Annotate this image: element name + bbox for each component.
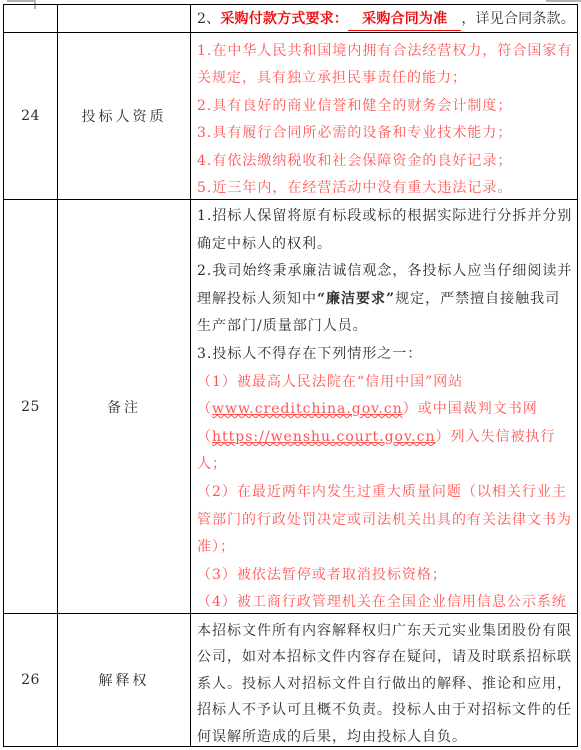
payment-requirement-value: 采购合同为准: [348, 9, 461, 31]
qualification-item: 4.有依法缴纳税收和社会保障资金的良好记录；: [197, 148, 573, 176]
payment-prefix: 2、: [197, 11, 220, 27]
payment-suffix: ，详见合同条款。: [461, 11, 575, 27]
prohibited-situation-item: （3）被依法暂停或者取消投标资格；: [197, 562, 573, 590]
cropped-cell-artifact-top-right-h: [546, 0, 581, 2]
row-24-label: 投标人资质: [58, 33, 191, 200]
row-26-number: 26: [4, 614, 58, 747]
remark-paragraph: 1.招标人保留将原有标段或标的根据实际进行分拆并分别确定中标人的权利。: [197, 203, 573, 258]
cropped-cell-artifact-top-left-h: [7, 0, 36, 2]
remark-paragraph: 2.我司始终秉承廉洁诚信观念，各投标人应当仔细阅读并理解投标人须知中“廉洁要求”…: [197, 258, 573, 341]
bidder-qualification-row: 24 投标人资质 1.在中华人民共和国境内拥有合法经营权力，符合国家有关规定，具…: [4, 33, 578, 200]
row-26-label: 解释权: [58, 614, 191, 747]
wenshu-court-url[interactable]: https://wenshu.court.gov.cn: [212, 429, 436, 445]
remarks-content: 1.招标人保留将原有标段或标的根据实际进行分拆并分别确定中标人的权利。 2.我司…: [191, 202, 577, 611]
interpretation-row: 26 解释权 本招标文件所有内容解释权归广东天元实业集团股份有限公司，如对本招标…: [4, 614, 578, 747]
payment-terms-row: 2、采购付款方式要求：采购合同为准，详见合同条款。: [4, 5, 578, 33]
payment-requirement-label: 采购付款方式要求：: [220, 11, 348, 27]
payment-line: 2、采购付款方式要求：采购合同为准，详见合同条款。: [191, 6, 577, 31]
row-24-number: 24: [4, 33, 58, 200]
row-25-number: 25: [4, 200, 58, 614]
interpretation-paragraph: 本招标文件所有内容解释权归广东天元实业集团股份有限公司，如对本招标文件内容存在疑…: [197, 618, 573, 745]
qualification-item: 5.近三年内，在经营活动中没有重大违法记录。: [197, 175, 573, 199]
payment-row-content-cell: 2、采购付款方式要求：采购合同为准，详见合同条款。: [191, 5, 578, 33]
prohibited-situation-item: （1）被最高人民法院在“信用中国”网站（www.creditchina.gov.…: [197, 369, 573, 479]
document-page: 2、采购付款方式要求：采购合同为准，详见合同条款。 24 投标人资质 1.在中华…: [0, 0, 581, 750]
wenshu-court-url-underline: https://wenshu.court.gov.cn: [212, 429, 436, 445]
remark-paragraph: 3.投标人不得存在下列情形之一：: [197, 341, 573, 369]
row-25-content-cell: 1.招标人保留将原有标段或标的根据实际进行分拆并分别确定中标人的权利。 2.我司…: [191, 200, 578, 614]
payment-row-number-cell: [4, 5, 58, 33]
row-25-label: 备注: [58, 200, 191, 614]
qualification-item: 1.在中华人民共和国境内拥有合法经营权力，符合国家有关规定，具有独立承担民事责任…: [197, 38, 573, 93]
prohibited-situation-item: （2）在最近两年内发生过重大质量问题（以相关行业主管部门的行政处罚决定或司法机关…: [197, 479, 573, 562]
prohibited-situation-item: （4）被工商行政管理机关在全国企业信用信息公示系统中列入严重违法失信企业名单；: [197, 589, 573, 611]
credit-china-url-underline: www.creditchina.gov.cn: [212, 401, 403, 417]
interpretation-content: 本招标文件所有内容解释权归广东天元实业集团股份有限公司，如对本招标文件内容存在疑…: [191, 616, 577, 745]
qualification-item: 2.具有良好的商业信誉和健全的财务会计制度；: [197, 93, 573, 121]
credit-china-url[interactable]: www.creditchina.gov.cn: [212, 401, 403, 417]
qualification-item: 3.具有履行合同所必需的设备和专业技术能力；: [197, 120, 573, 148]
payment-row-label-cell: [58, 5, 191, 33]
integrity-requirement-term: “廉洁要求”: [317, 291, 395, 307]
row-24-content-cell: 1.在中华人民共和国境内拥有合法经营权力，符合国家有关规定，具有独立承担民事责任…: [191, 33, 578, 200]
row-26-content-cell: 本招标文件所有内容解释权归广东天元实业集团股份有限公司，如对本招标文件内容存在疑…: [191, 614, 578, 747]
remarks-row: 25 备注 1.招标人保留将原有标段或标的根据实际进行分拆并分别确定中标人的权利…: [4, 200, 578, 614]
qualification-list: 1.在中华人民共和国境内拥有合法经营权力，符合国家有关规定，具有独立承担民事责任…: [191, 34, 577, 199]
bid-terms-table: 2、采购付款方式要求：采购合同为准，详见合同条款。 24 投标人资质 1.在中华…: [3, 4, 578, 747]
